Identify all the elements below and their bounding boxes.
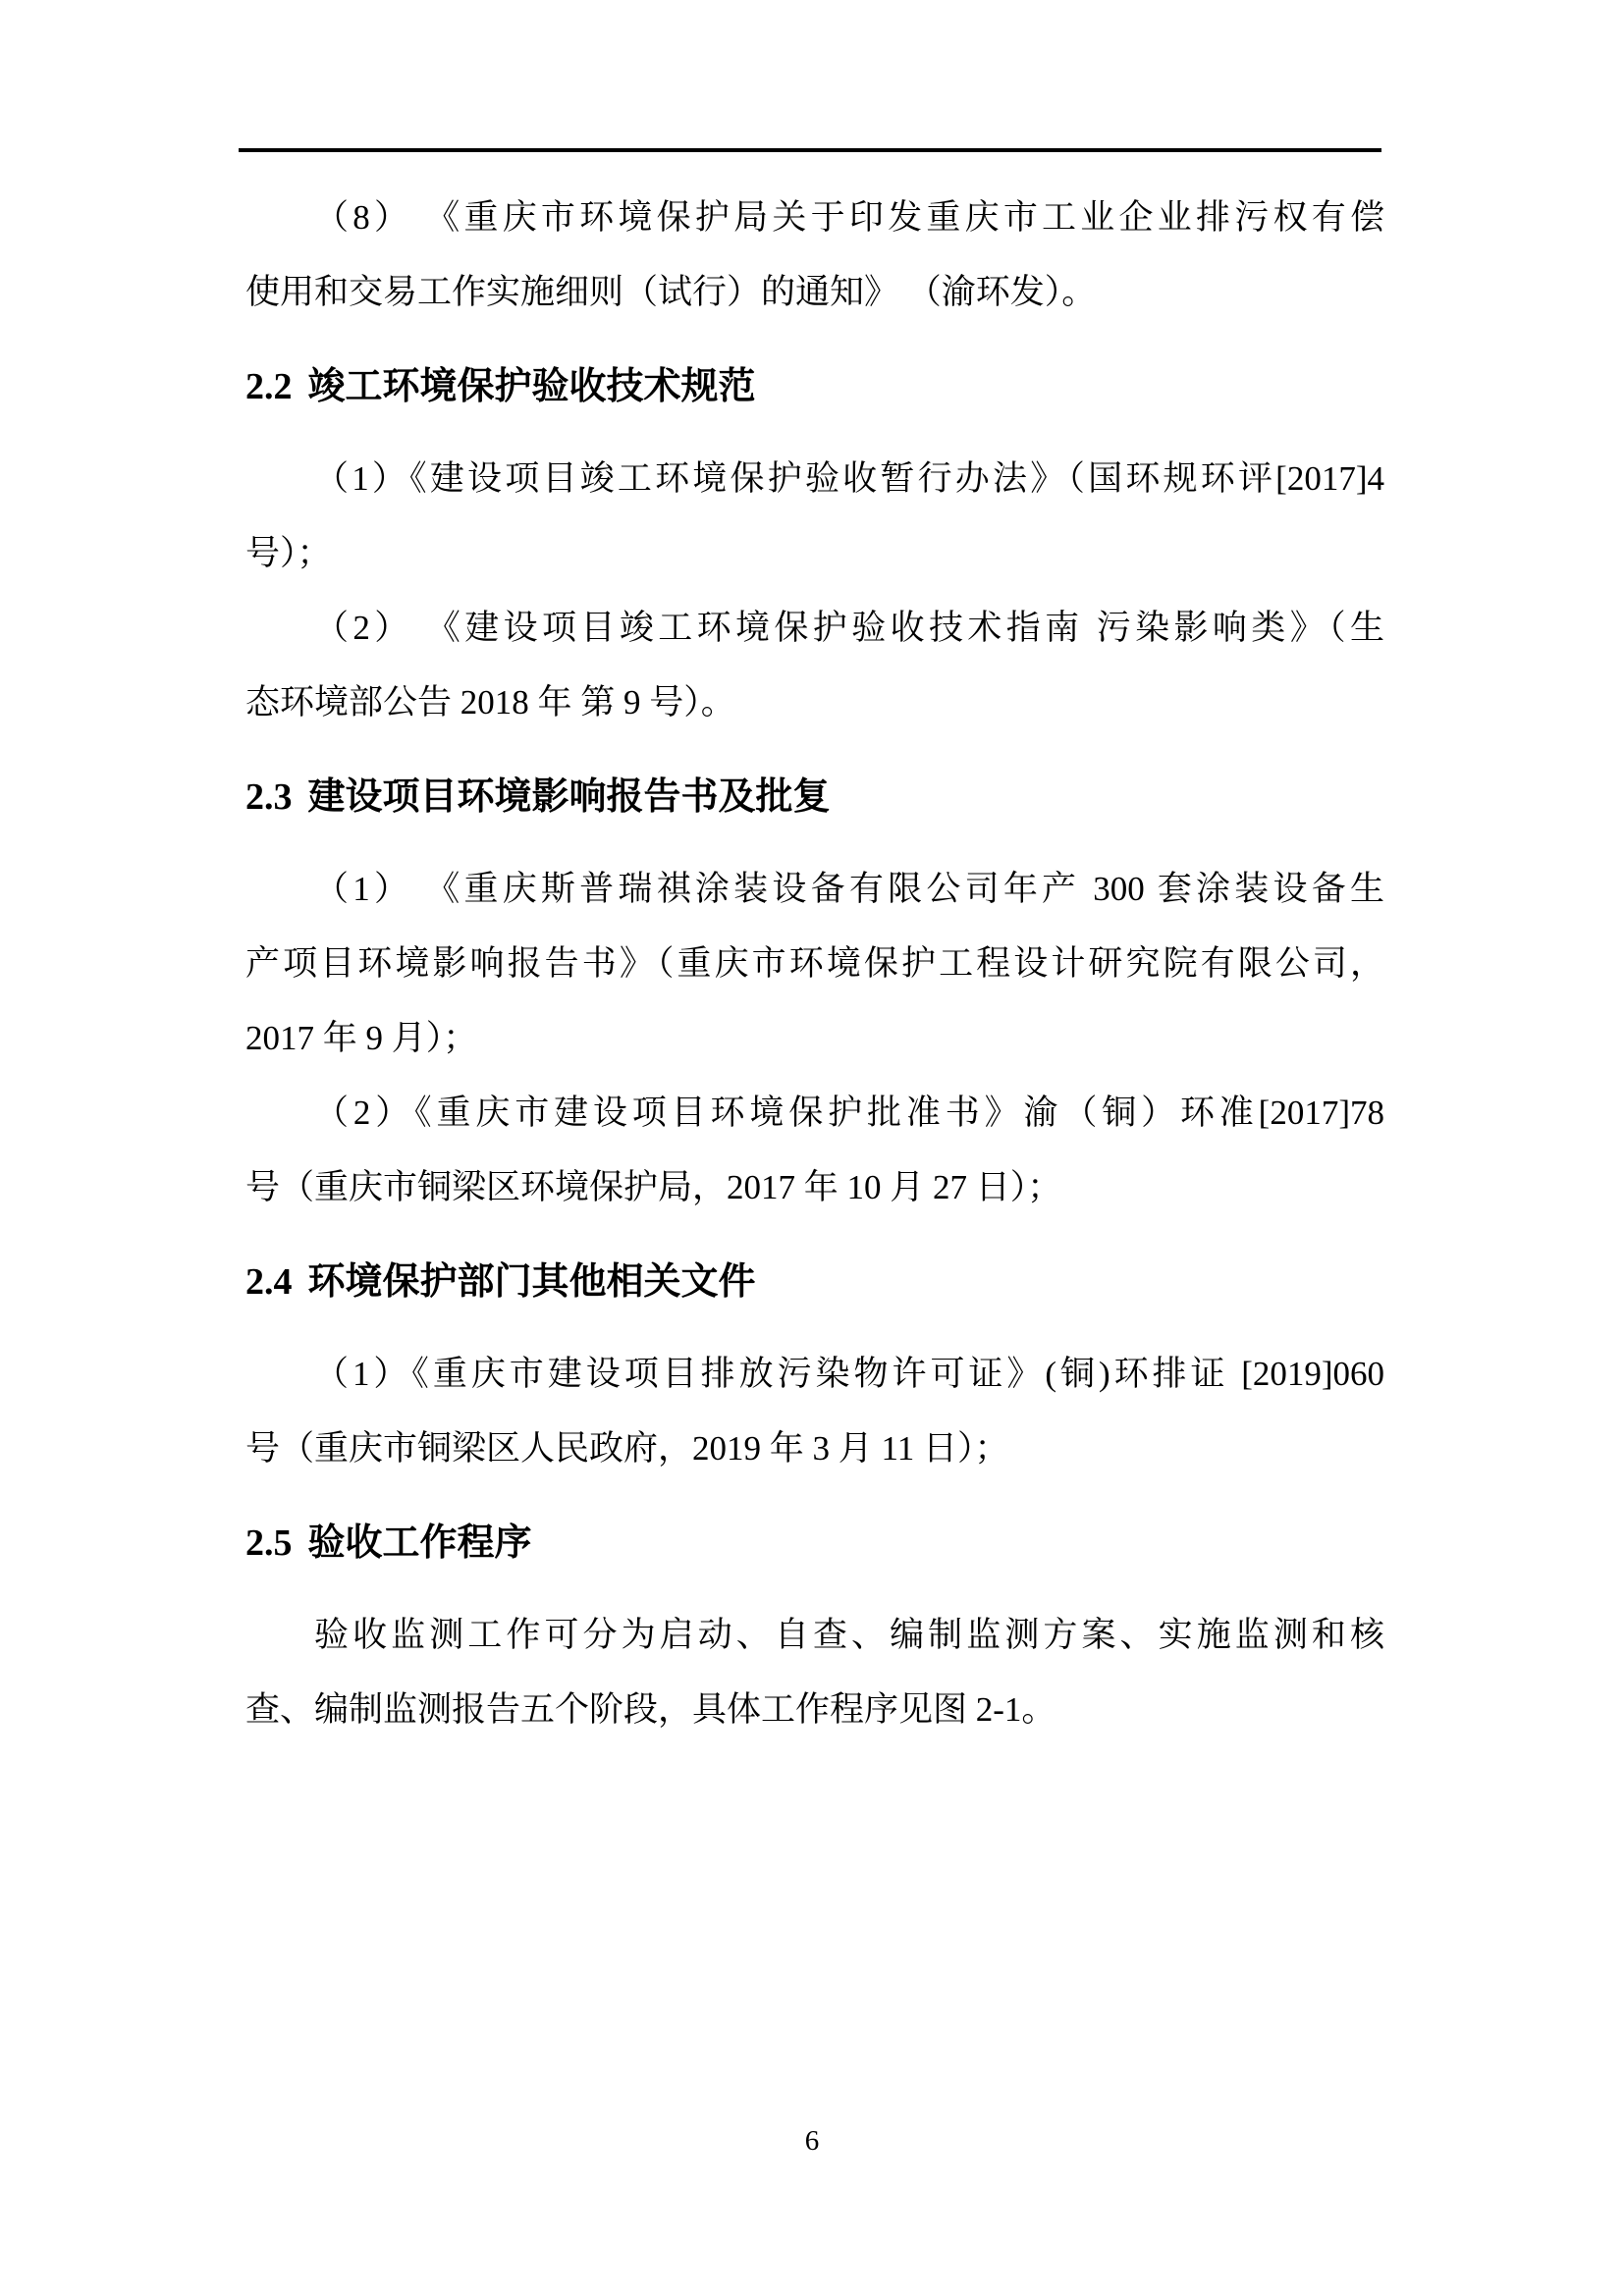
paragraph-line-s25-2: 查、编制监测报告五个阶段，具体工作程序见图 2-1。 <box>245 1673 1384 1747</box>
paragraph-line-s23-item2-1: （2）《重庆市建设项目环境保护批准书》渝（铜）环准[2017]78 <box>245 1076 1384 1150</box>
paragraph-line-item8-1: （8） 《重庆市环境保护局关于印发重庆市工业企业排污权有偿 <box>245 181 1384 255</box>
section-number-2-4: 2.4 <box>245 1245 293 1319</box>
paragraph-line-s24-item1-2: 号（重庆市铜梁区人民政府，2019 年 3 月 11 日）； <box>245 1412 1384 1486</box>
document-body: （8） 《重庆市环境保护局关于印发重庆市工业企业排污权有偿 使用和交易工作实施细… <box>245 181 1384 1747</box>
page-number: 6 <box>0 2120 1624 2162</box>
section-heading-2-3: 2.3建设项目环境影响报告书及批复 <box>245 760 1384 834</box>
paragraph-line-s24-item1-1: （1）《重庆市建设项目排放污染物许可证》(铜)环排证 [2019]060 <box>245 1337 1384 1412</box>
paragraph-line-s23-item1-3: 2017 年 9 月）； <box>245 1001 1384 1076</box>
section-heading-2-5: 2.5验收工作程序 <box>245 1506 1384 1580</box>
paragraph-line-s22-item1-1: （1）《建设项目竣工环境保护验收暂行办法》（国环规环评[2017]4 <box>245 442 1384 516</box>
section-title-2-5: 验收工作程序 <box>308 1522 532 1564</box>
section-heading-2-4: 2.4环境保护部门其他相关文件 <box>245 1245 1384 1319</box>
paragraph-line-s22-item2-2: 态环境部公告 2018 年 第 9 号）。 <box>245 666 1384 740</box>
paragraph-line-s23-item1-1: （1） 《重庆斯普瑞祺涂装设备有限公司年产 300 套涂装设备生 <box>245 852 1384 927</box>
header-divider <box>239 148 1381 152</box>
paragraph-line-s22-item1-2: 号）； <box>245 516 1384 591</box>
section-number-2-2: 2.2 <box>245 349 293 424</box>
paragraph-line-s23-item2-2: 号（重庆市铜梁区环境保护局，2017 年 10 月 27 日）； <box>245 1150 1384 1225</box>
section-number-2-3: 2.3 <box>245 760 293 834</box>
document-page: （8） 《重庆市环境保护局关于印发重庆市工业企业排污权有偿 使用和交易工作实施细… <box>0 0 1624 2296</box>
section-title-2-3: 建设项目环境影响报告书及批复 <box>308 776 831 818</box>
section-title-2-2: 竣工环境保护验收技术规范 <box>308 366 756 407</box>
section-heading-2-2: 2.2竣工环境保护验收技术规范 <box>245 349 1384 424</box>
paragraph-line-item8-2: 使用和交易工作实施细则（试行）的通知》 （渝环发）。 <box>245 255 1384 330</box>
section-number-2-5: 2.5 <box>245 1506 293 1580</box>
section-title-2-4: 环境保护部门其他相关文件 <box>308 1261 756 1303</box>
paragraph-line-s25-1: 验收监测工作可分为启动、自查、编制监测方案、实施监测和核 <box>245 1598 1384 1673</box>
paragraph-line-s22-item2-1: （2） 《建设项目竣工环境保护验收技术指南 污染影响类》（生 <box>245 591 1384 666</box>
paragraph-line-s23-item1-2: 产项目环境影响报告书》（重庆市环境保护工程设计研究院有限公司， <box>245 927 1384 1001</box>
